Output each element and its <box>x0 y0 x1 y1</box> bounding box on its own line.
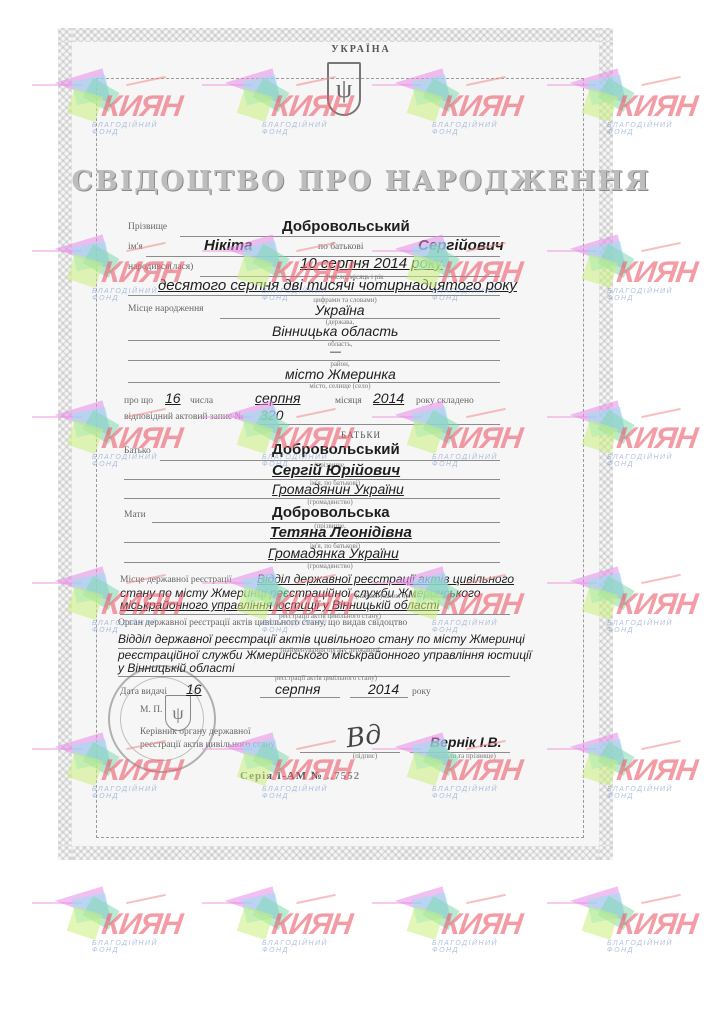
watermark-tagline: БЛАГОДІЙНИЙ ФОНД <box>607 122 695 136</box>
registration-place-label: Місце державної реєстрації <box>120 575 232 585</box>
issuer-line2: реєстраційної служби Жмеринського міськр… <box>118 648 531 662</box>
watermark-tagline: БЛАГОДІЙНИЙ ФОНД <box>262 940 350 954</box>
record-prefix: про що <box>124 396 153 406</box>
father-citizenship: Громадянин України <box>272 481 404 497</box>
child-name: Нікіта <box>204 237 252 254</box>
child-surname: Добровольський <box>282 218 410 235</box>
watermark-tagline: БЛАГОДІЙНИЙ ФОНД <box>607 454 695 468</box>
watermark-brand: КИЯН <box>440 908 524 942</box>
mother-citizenship: Громадянка України <box>268 545 399 561</box>
watermark-logo: КИЯНБЛАГОДІЙНИЙ ФОНД <box>370 880 520 960</box>
father-surname: Добровольський <box>272 441 400 458</box>
city-hint: місто, селище (село) <box>290 382 390 390</box>
watermark-brand: КИЯН <box>270 908 354 942</box>
issue-day: 16 <box>186 681 202 697</box>
record-day: 16 <box>165 390 181 406</box>
head-label-1: Керівник органу державної <box>140 727 251 737</box>
registration-place-line1: Відділ державної реєстрації актів цивіль… <box>257 572 514 586</box>
rule <box>258 424 500 425</box>
parents-heading: БАТЬКИ <box>0 430 722 440</box>
father-label: Батько <box>124 446 151 456</box>
watermark-tagline: БЛАГОДІЙНИЙ ФОНД <box>607 940 695 954</box>
birthplace-country: Україна <box>315 302 365 318</box>
watermark-tagline: БЛАГОДІЙНИЙ ФОНД <box>607 786 695 800</box>
child-patronymic: Сергійович <box>418 237 504 254</box>
birthplace-label: Місце народження <box>128 304 204 314</box>
issue-date-label: Дата видачі <box>120 687 167 697</box>
signature-hint: (підпис) <box>345 752 385 760</box>
watermark-tagline: БЛАГОДІЙНИЙ ФОНД <box>432 940 520 954</box>
birthplace-city: місто Жмеринка <box>285 366 396 382</box>
birthplace-region: Вінницька область <box>272 323 398 339</box>
watermark-logo: КИЯНБЛАГОДІЙНИЙ ФОНД <box>200 880 350 960</box>
seal-trident-icon: ψ <box>165 695 191 731</box>
issue-year: 2014 <box>368 681 399 697</box>
year-label: року складено <box>416 396 474 406</box>
watermark-tagline: БЛАГОДІЙНИЙ ФОНД <box>607 620 695 634</box>
watermark-brand: КИЯН <box>615 754 699 788</box>
signatory-hint: (ініціали та прізвище) <box>418 752 508 760</box>
watermark-brand: КИЯН <box>615 256 699 290</box>
watermark-brand: КИЯН <box>615 908 699 942</box>
trident-icon: ψ <box>327 62 361 116</box>
record-number-label: відповідний актовий запис № <box>124 412 244 422</box>
watermark-tagline: БЛАГОДІЙНИЙ ФОНД <box>92 940 180 954</box>
watermark-logo: КИЯНБЛАГОДІЙНИЙ ФОНД <box>30 880 180 960</box>
seal-label: М. П. <box>140 705 162 715</box>
birth-date-words: десятого серпня дві тисячі чотирнадцятог… <box>158 277 517 294</box>
registration-place-line3: міськрайонного управління юстиції у Вінн… <box>120 598 439 612</box>
watermark-logo: КИЯНБЛАГОДІЙНИЙ ФОНД <box>545 880 695 960</box>
issue-month: серпня <box>275 681 320 697</box>
birth-date-digits: 10 серпня 2014 року <box>300 255 443 272</box>
rule <box>350 697 408 698</box>
country-heading: УКРАЇНА <box>0 44 722 55</box>
signature: Вд <box>344 720 383 755</box>
mother-label: Мати <box>124 510 146 520</box>
issuer-line1: Відділ державної реєстрації актів цивіль… <box>118 632 525 646</box>
mother-surname: Добровольська <box>272 504 390 521</box>
record-number: 320 <box>260 407 283 423</box>
issuer-label: Орган державної реєстрації актів цивільн… <box>118 618 407 628</box>
issue-year-label: року <box>412 687 431 697</box>
head-label-2: реєстрації актів цивільного стану <box>140 740 275 750</box>
mother-citizenship-hint: (громадянство) <box>300 562 360 570</box>
document-title: СВІДОЦТВО ПРО НАРОДЖЕННЯ <box>0 166 722 197</box>
mother-name: Тетяна Леонідівна <box>270 524 412 541</box>
watermark-brand: КИЯН <box>615 90 699 124</box>
patronymic-label: по батькові <box>318 242 364 252</box>
surname-label: Прізвище <box>128 222 167 232</box>
signatory-name: Вернік І.В. <box>430 734 502 750</box>
series-number: ..7552 <box>327 770 361 782</box>
day-label: числа <box>190 396 213 406</box>
rule <box>260 697 340 698</box>
father-name: Сергій Юрійович <box>272 462 400 479</box>
record-year: 2014 <box>373 390 404 406</box>
record-month: серпня <box>255 390 300 406</box>
month-label: місяця <box>335 396 362 406</box>
watermark-brand: КИЯН <box>615 588 699 622</box>
watermark-tagline: БЛАГОДІЙНИЙ ФОНД <box>607 288 695 302</box>
born-label: народився(лася) <box>128 262 193 272</box>
birthplace-district: — <box>330 346 341 358</box>
serial-number: Серія І-АМ № ..7552 <box>240 770 360 782</box>
name-label: ім'я <box>128 242 143 252</box>
series-label: Серія І-АМ № <box>240 770 323 782</box>
watermark-brand: КИЯН <box>100 908 184 942</box>
